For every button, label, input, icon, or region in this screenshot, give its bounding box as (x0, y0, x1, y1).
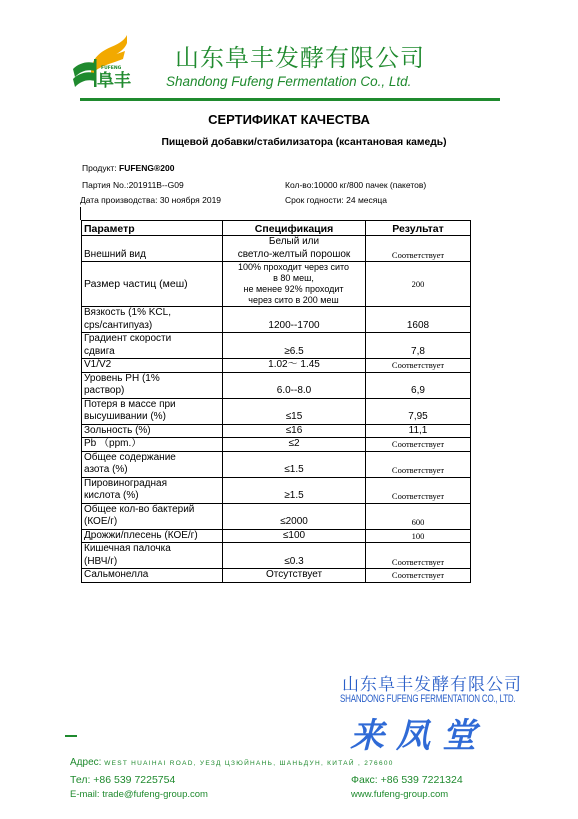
table-row: Кишечная палочка (НВЧ/г)≤0.3Соответствуе… (82, 543, 471, 569)
param-cell: Pb （ppm.） (82, 438, 223, 452)
fufeng-logo-icon: FUFENG 阜丰 (73, 33, 155, 88)
result-cell: 100 (366, 529, 471, 543)
param-cell: Уровень PH (1% раствор) (82, 372, 223, 398)
param-cell: Общее кол-во бактерий (КОЕ/г) (82, 503, 223, 529)
spec-cell: ≤100 (223, 529, 366, 543)
address-label: Адрес: (70, 757, 104, 768)
company-logo: FUFENG 阜丰 (73, 33, 155, 88)
table-row: Зольность (%)≤1611,1 (82, 424, 471, 438)
stamp-signature: 来凤堂 (350, 708, 488, 757)
table-header-row: Параметр Спецификация Результат (82, 221, 471, 236)
footer-email[interactable]: E-mail: trade@fufeng-group.com (70, 789, 208, 800)
spec-cell: ≥1.5 (223, 477, 366, 503)
result-cell: 600 (366, 503, 471, 529)
result-cell: 7,8 (366, 333, 471, 359)
footer-marker (65, 735, 77, 737)
spec-cell: 100% проходит через сито в 80 меш, не ме… (223, 262, 366, 307)
product-value: FUFENG®200 (119, 163, 174, 173)
param-cell: Дрожжи/плесень (КОЕ/г) (82, 529, 223, 543)
table-row: Pb （ppm.）≤2Соответствует (82, 438, 471, 452)
table-row: V1/V21.02～ 1.45Соответствует (82, 359, 471, 373)
quantity: Кол-во:10000 кг/800 пачек (пакетов) (285, 180, 426, 190)
spec-cell: ≤2 (223, 438, 366, 452)
spec-cell: Белый или светло-желтый порошок (223, 236, 366, 262)
product-label: Продукт: (82, 163, 119, 173)
spec-cell: ≤15 (223, 398, 366, 424)
table-row: Общее содержание азота (%)≤1.5Соответств… (82, 451, 471, 477)
result-cell: 11,1 (366, 424, 471, 438)
table-row: Градиент скорости сдвига ≥6.57,8 (82, 333, 471, 359)
quality-spec-table: Параметр Спецификация Результат Внешний … (81, 220, 471, 583)
result-cell: Соответствует (366, 451, 471, 477)
param-cell: V1/V2 (82, 359, 223, 373)
spec-cell: ≤0.3 (223, 543, 366, 569)
company-stamp: 山东阜丰发酵有限公司 SHANDONG FUFENG FERMENTATION … (340, 670, 515, 750)
company-name-cn: 山东阜丰发酵有限公司 (175, 38, 425, 73)
param-cell: Общее содержание азота (%) (82, 451, 223, 477)
result-cell: Соответствует (366, 543, 471, 569)
result-cell: Соответствует (366, 236, 471, 262)
header-specification: Спецификация (223, 221, 366, 236)
spec-cell: ≤16 (223, 424, 366, 438)
table-row: Пировиноградная кислота (%)≥1.5Соответст… (82, 477, 471, 503)
footer-phone: Тел: +86 539 7225754 (70, 774, 175, 786)
svg-text:阜丰: 阜丰 (97, 70, 131, 88)
table-row: СальмонеллаОтсутствуетСоответствует (82, 569, 471, 583)
result-cell: Соответствует (366, 438, 471, 452)
document-subtitle: Пищевой добавки/стабилизатора (ксантанов… (0, 137, 578, 148)
footer-fax: Факс: +86 539 7221324 (351, 774, 463, 786)
spec-cell: 1.02～ 1.45 (223, 359, 366, 373)
spec-cell: 1200--1700 (223, 307, 366, 333)
spec-cell: Отсутствует (223, 569, 366, 583)
param-cell: Размер частиц (меш) (82, 262, 223, 307)
spec-cell: 6.0--8.0 (223, 372, 366, 398)
company-name-en: Shandong Fufeng Fermentation Co., Ltd. (166, 74, 411, 89)
param-cell: Градиент скорости сдвига (82, 333, 223, 359)
address-value: WEST HUAIHAI ROAD, УЕЗД ЦЗЮЙНАНЬ, ШАНЬДУ… (104, 760, 394, 767)
result-cell: Соответствует (366, 359, 471, 373)
header-parameter: Параметр (82, 221, 223, 236)
spec-cell: ≥6.5 (223, 333, 366, 359)
table-row: Потеря в массе при высушивании (%)≤157,9… (82, 398, 471, 424)
result-cell: Соответствует (366, 477, 471, 503)
production-date: Дата производства: 30 ноября 2019 (80, 195, 221, 205)
param-cell: Вязкость (1% KCL, cps/сантипуаз) (82, 307, 223, 333)
table-row: Дрожжи/плесень (КОЕ/г)≤100100 (82, 529, 471, 543)
param-cell: Зольность (%) (82, 424, 223, 438)
footer-address: Адрес: WEST HUAIHAI ROAD, УЕЗД ЦЗЮЙНАНЬ,… (70, 757, 394, 768)
param-cell: Кишечная палочка (НВЧ/г) (82, 543, 223, 569)
result-cell: 1608 (366, 307, 471, 333)
spec-cell: ≤2000 (223, 503, 366, 529)
table-row: Уровень PH (1% раствор)6.0--8.06,9 (82, 372, 471, 398)
batch-number: Партия No.:201911B--G09 (82, 180, 184, 190)
table-row: Вязкость (1% KCL, cps/сантипуаз)1200--17… (82, 307, 471, 333)
stamp-name-en: SHANDONG FUFENG FERMENTATION CO., LTD. (340, 692, 516, 705)
table-row: Общее кол-во бактерий (КОЕ/г)≤2000600 (82, 503, 471, 529)
header-result: Результат (366, 221, 471, 236)
param-cell: Потеря в массе при высушивании (%) (82, 398, 223, 424)
header-divider (80, 98, 500, 101)
result-cell: 6,9 (366, 372, 471, 398)
product-line: Продукт: FUFENG®200 (82, 163, 174, 173)
param-cell: Пировиноградная кислота (%) (82, 477, 223, 503)
result-cell: 200 (366, 262, 471, 307)
param-cell: Внешний вид (82, 236, 223, 262)
shelf-life: Срок годности: 24 месяца (285, 195, 387, 205)
spec-cell: ≤1.5 (223, 451, 366, 477)
footer-website[interactable]: www.fufeng-group.com (351, 789, 448, 800)
document-title: СЕРТИФИКАТ КАЧЕСТВА (0, 112, 578, 127)
table-row: Размер частиц (меш)100% проходит через с… (82, 262, 471, 307)
text-cursor (80, 207, 81, 220)
result-cell: 7,95 (366, 398, 471, 424)
param-cell: Сальмонелла (82, 569, 223, 583)
table-row: Внешний видБелый или светло-желтый порош… (82, 236, 471, 262)
result-cell: Соответствует (366, 569, 471, 583)
